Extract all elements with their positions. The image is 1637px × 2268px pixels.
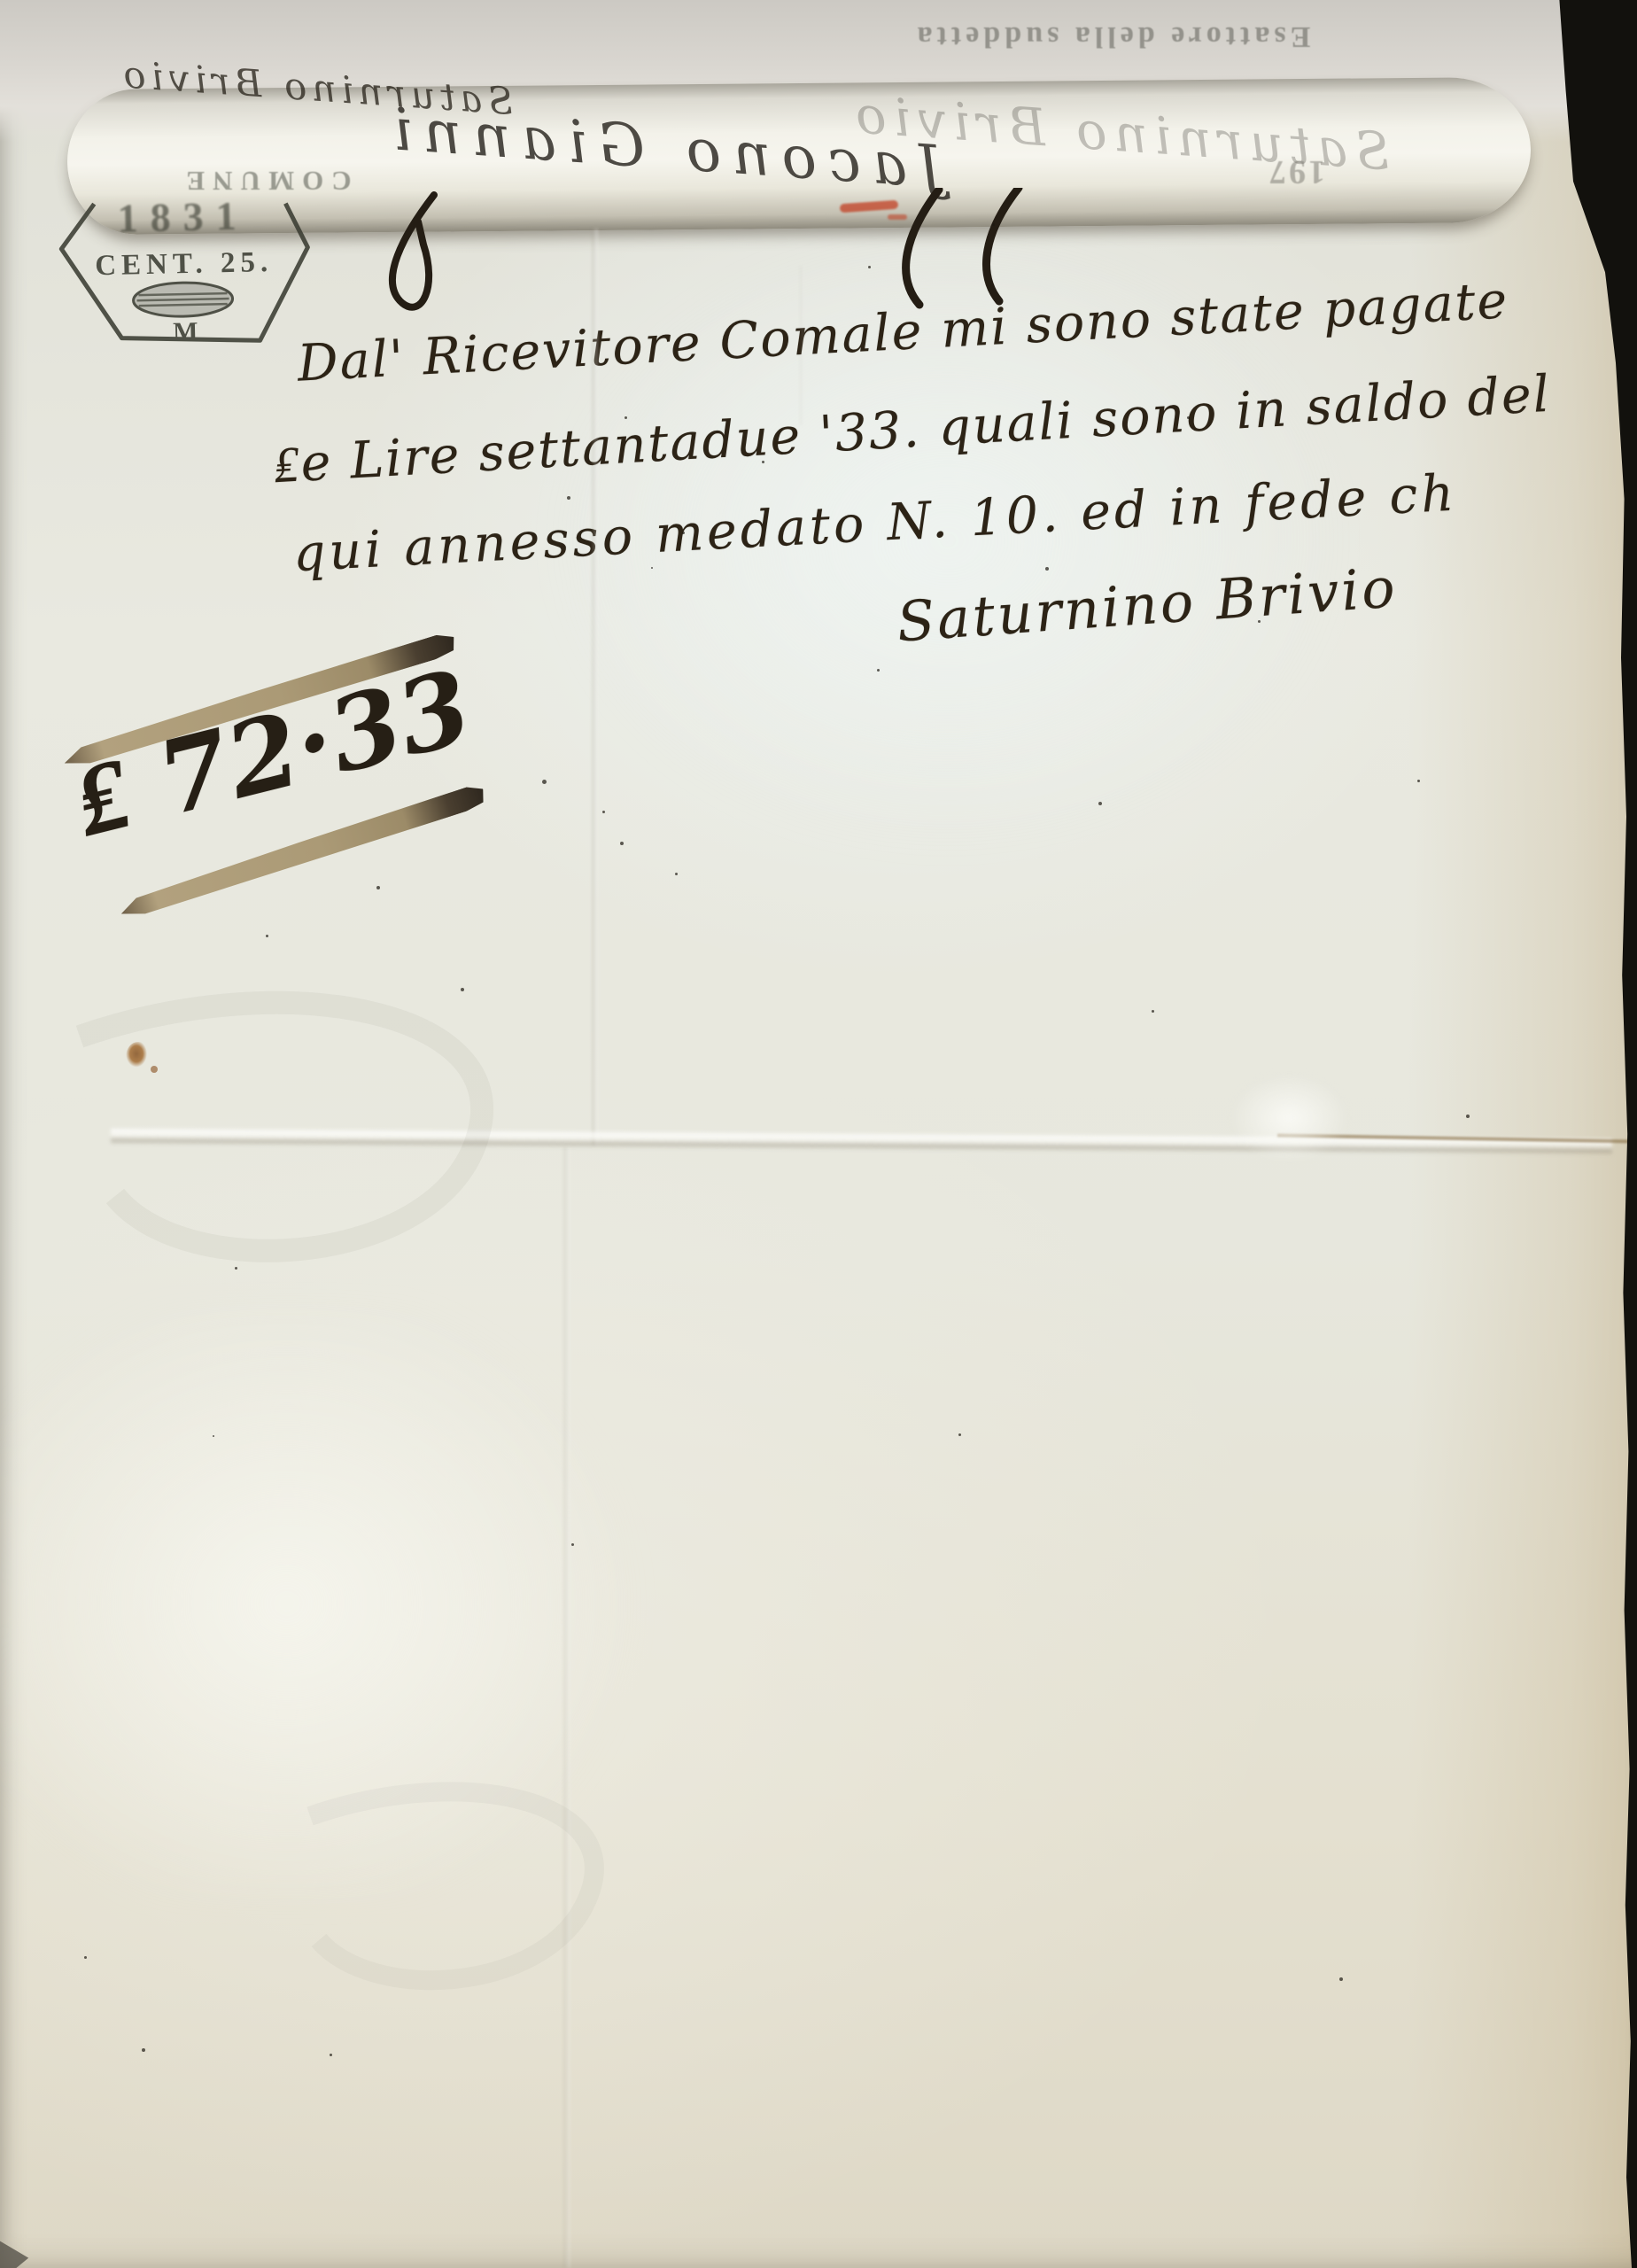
ink-speck (1339, 1977, 1343, 1981)
ink-speck (1187, 416, 1190, 419)
descender-f1 (906, 190, 939, 305)
ink-speck (330, 2054, 332, 2056)
ink-speck (958, 1433, 961, 1436)
ink-speck (376, 886, 380, 889)
ink-speck (620, 842, 624, 845)
ink-speck (84, 1956, 87, 1959)
ink-speck (762, 461, 764, 463)
vertical-crease-small (800, 266, 804, 425)
ink-speck (992, 223, 995, 226)
red-ink-mark-2 (888, 214, 907, 220)
ink-speck (461, 988, 464, 991)
ink-speck (868, 266, 871, 268)
ink-speck (651, 567, 653, 569)
ink-speck (675, 873, 678, 875)
ink-speck (542, 780, 547, 784)
ink-speck (625, 416, 627, 419)
ink-speck (1152, 1010, 1154, 1013)
ink-speck (602, 811, 605, 813)
descender-f2 (987, 188, 1019, 301)
ghost-curl-1 (80, 1003, 482, 1251)
ink-speck (235, 1267, 237, 1270)
descender-j (392, 195, 434, 307)
ghost-curl-2 (310, 1791, 594, 1980)
ink-speck (1098, 802, 1102, 805)
ink-speck (682, 532, 685, 534)
ink-speck (567, 496, 570, 500)
stamp-letter-m: M (173, 317, 198, 347)
ink-speck (1045, 567, 1049, 571)
stamp-cent-text: CENT. 25. (95, 246, 274, 282)
crease-white-blotch (1230, 1074, 1349, 1162)
ink-speck (142, 2048, 145, 2052)
ghost-bleedthrough (0, 930, 797, 2171)
ink-speck (1417, 780, 1420, 782)
ink-speck (1466, 1115, 1470, 1118)
ink-speck (266, 935, 268, 937)
ink-speck (213, 1435, 214, 1437)
revenue-stamp: 1831 CENT. 25. M (48, 189, 328, 362)
ink-speck (571, 1543, 574, 1546)
stamp-top-glyphs: 1831 (117, 193, 249, 241)
printed-text-upside-down: Esattore della suddetta (828, 19, 1395, 53)
document-scan: Esattore della suddetta Saturnino Brivio… (0, 0, 1637, 2268)
ink-speck (877, 669, 880, 672)
ink-speck (1258, 620, 1261, 623)
corner-number: 197 (1228, 152, 1325, 191)
